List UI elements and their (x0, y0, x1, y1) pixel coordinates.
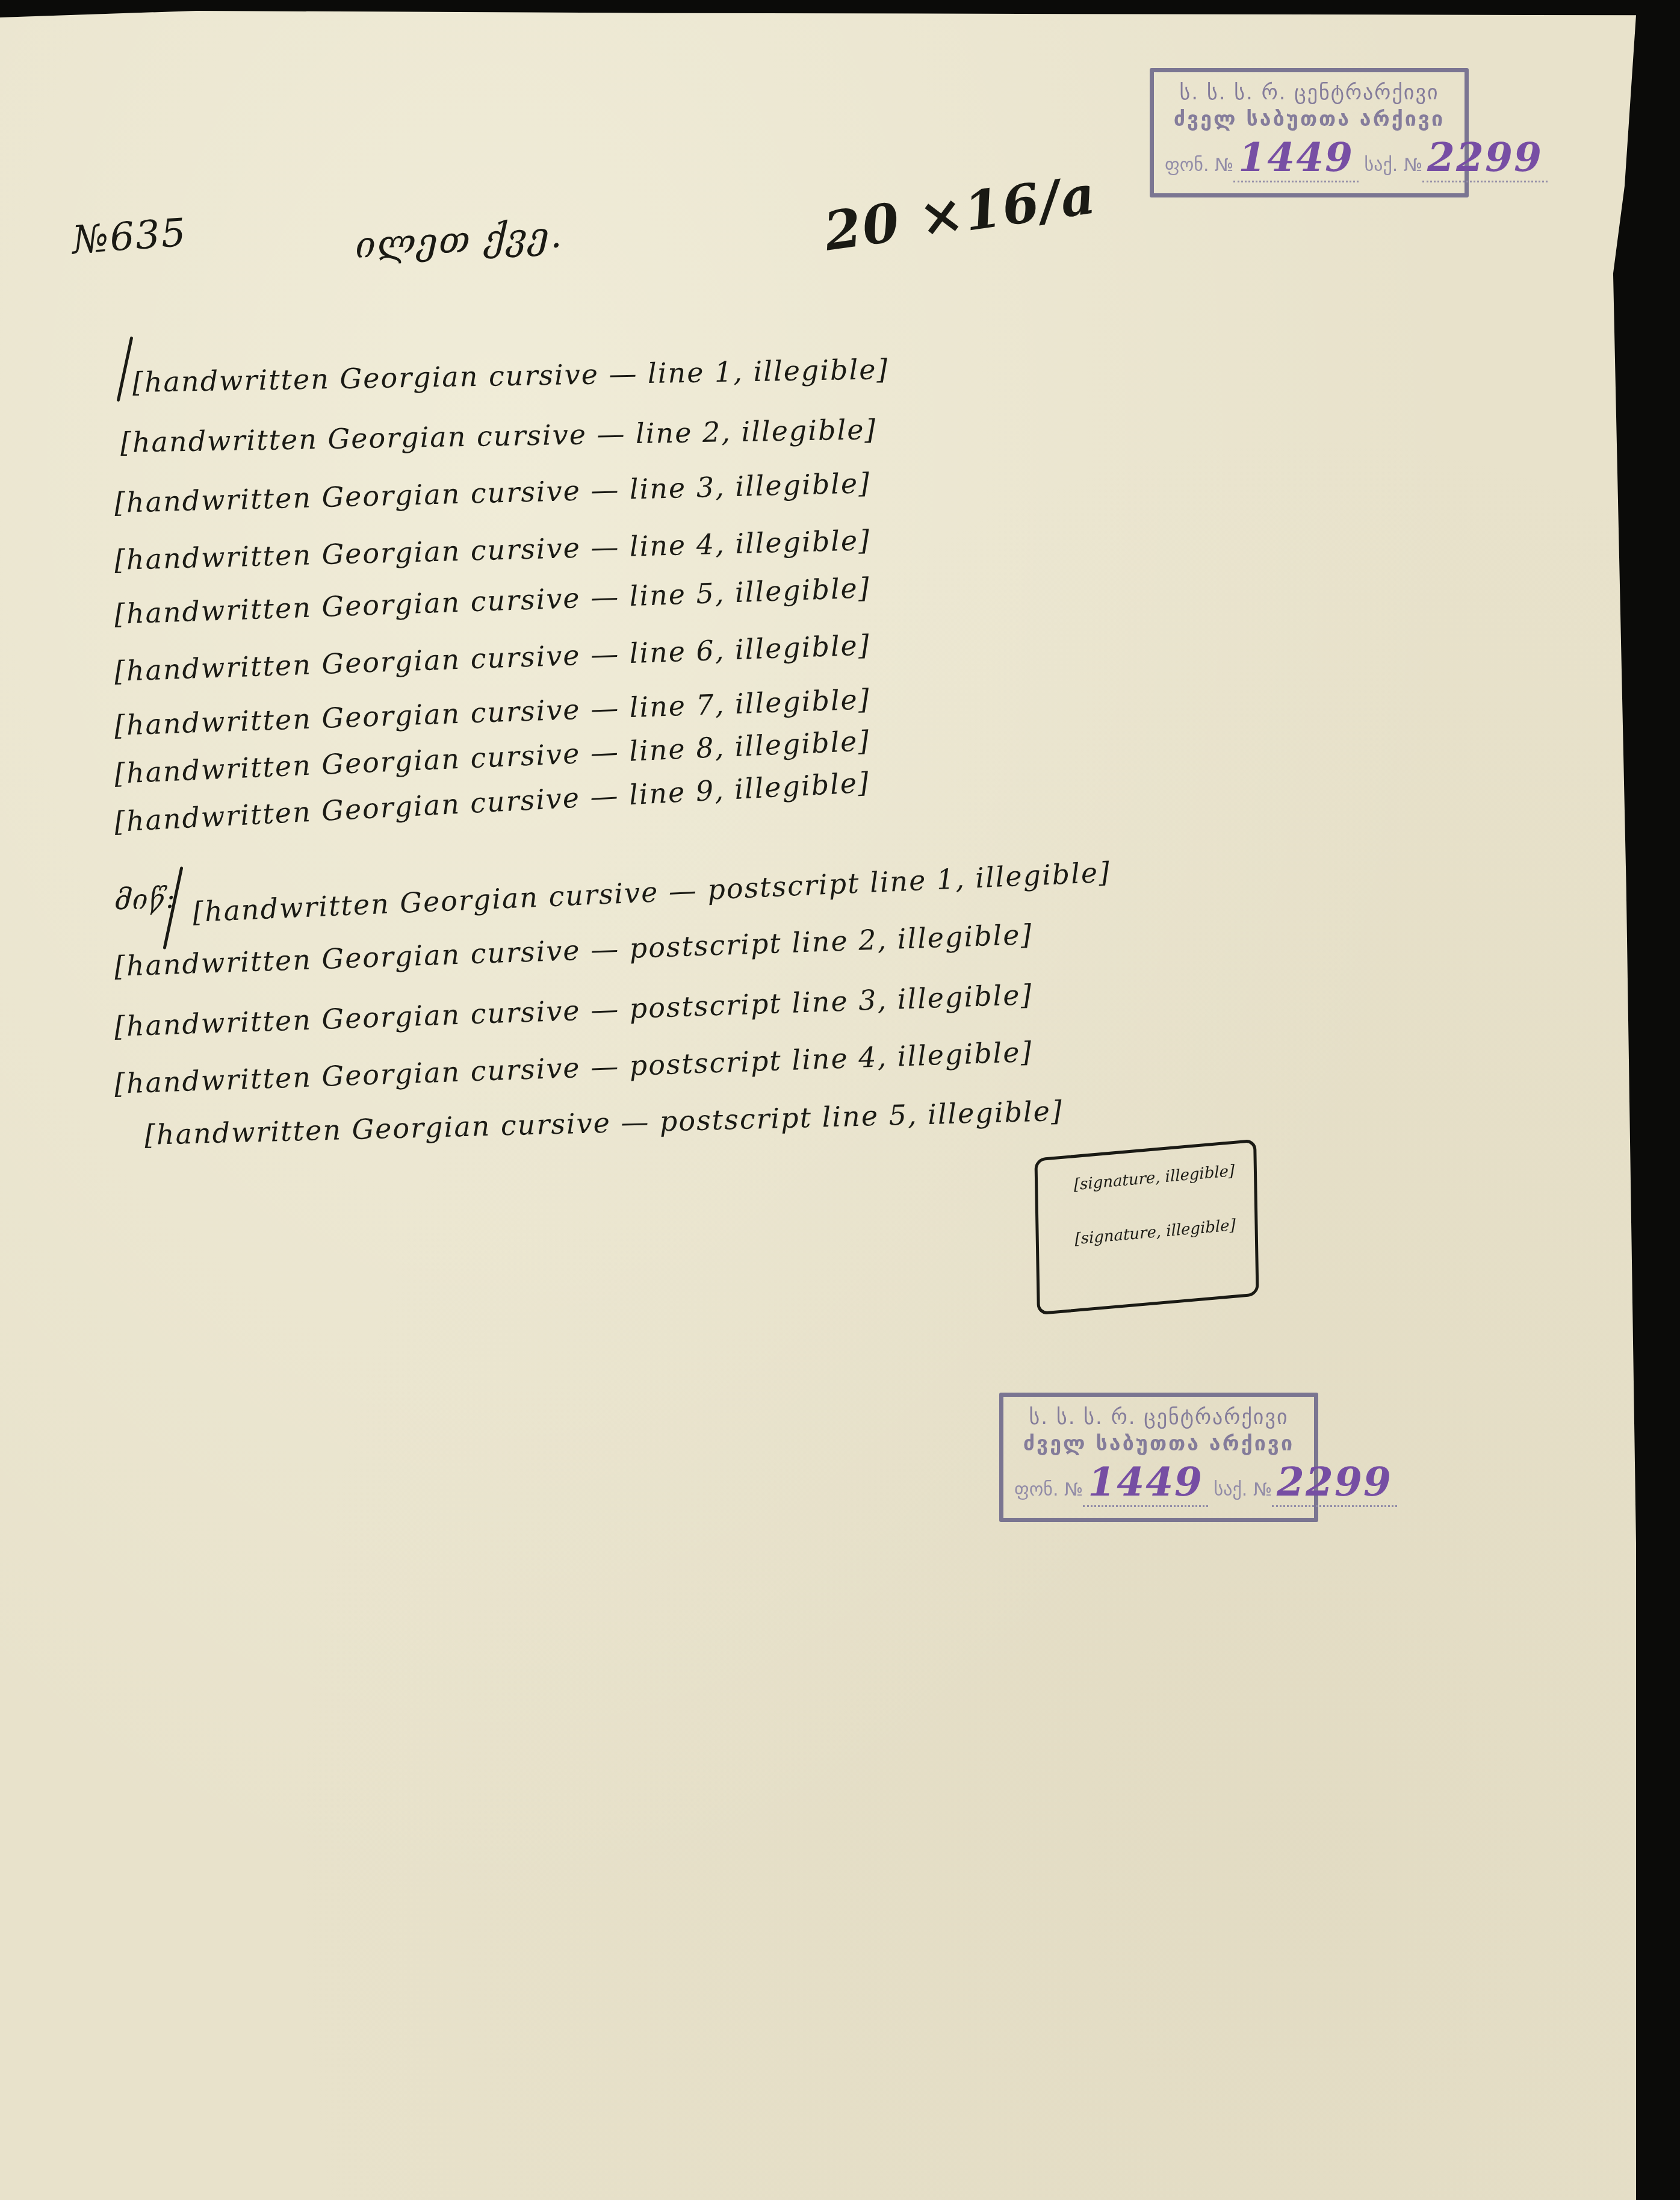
postscript-line: [handwritten Georgian cursive — postscri… (114, 1036, 1033, 1100)
signature-line-2: [signature, illegible] (1074, 1216, 1236, 1248)
body-line: [handwritten Georgian cursive — line 3, … (114, 467, 870, 519)
stamp-item-label: საქ. № (1214, 1479, 1272, 1500)
stamp-line-1: ს. ს. ს. რ. ცენტრარქივი (1165, 81, 1454, 105)
stamp-item-number: 2299 (1272, 1458, 1397, 1507)
postscript-line: [handwritten Georgian cursive — postscri… (144, 1095, 1063, 1151)
document-number: №635 (70, 211, 188, 263)
postscript-line: [handwritten Georgian cursive — postscri… (192, 856, 1111, 928)
archive-stamp-top: ს. ს. ს. რ. ცენტრარქივი ძველ საბუთთა არქ… (1150, 68, 1469, 197)
body-line: [handwritten Georgian cursive — line 1, … (132, 353, 889, 399)
body-line: [handwritten Georgian cursive — line 4, … (114, 524, 870, 576)
stamp-line-3: ფონ. №1449 საქ. №2299 (1014, 1458, 1303, 1505)
stamp-line-3: ფონ. №1449 საქ. №2299 (1165, 134, 1454, 181)
stamp-fond-label: ფონ. № (1165, 155, 1233, 176)
header-title: ილეთ ქვე. (354, 214, 564, 267)
body-line: [handwritten Georgian cursive — line 2, … (120, 413, 877, 459)
stamp-fond-number: 1449 (1083, 1458, 1208, 1507)
postscript-line: [handwritten Georgian cursive — postscri… (114, 918, 1033, 983)
document-page: №635 ილეთ ქვე. 20 ×16/a ს. ს. ს. რ. ცენტ… (0, 11, 1636, 2200)
margin-mark (117, 337, 134, 402)
postscript-label: მიწ: (114, 881, 177, 916)
document-reference: 20 ×16/a (820, 163, 1100, 263)
stamp-line-2: ძველ საბუთთა არქივი (1014, 1432, 1303, 1456)
body-line: [handwritten Georgian cursive — line 5, … (114, 571, 871, 630)
stamp-item-number: 2299 (1422, 134, 1548, 182)
postscript-line: [handwritten Georgian cursive — postscri… (114, 978, 1033, 1043)
signature-line-1: [signature, illegible] (1074, 1162, 1235, 1194)
stamp-item-label: საქ. № (1365, 155, 1423, 176)
stamp-line-1: ს. ს. ს. რ. ცენტრარქივი (1014, 1405, 1303, 1429)
body-line: [handwritten Georgian cursive — line 6, … (114, 629, 871, 688)
stamp-fond-number: 1449 (1233, 134, 1359, 182)
stamp-fond-label: ფონ. № (1014, 1479, 1083, 1500)
signature-box: [signature, illegible] [signature, illeg… (1034, 1139, 1259, 1316)
archive-stamp-bottom: ს. ს. ს. რ. ცენტრარქივი ძველ საბუთთა არქ… (999, 1393, 1318, 1522)
stamp-line-2: ძველ საბუთთა არქივი (1165, 107, 1454, 131)
